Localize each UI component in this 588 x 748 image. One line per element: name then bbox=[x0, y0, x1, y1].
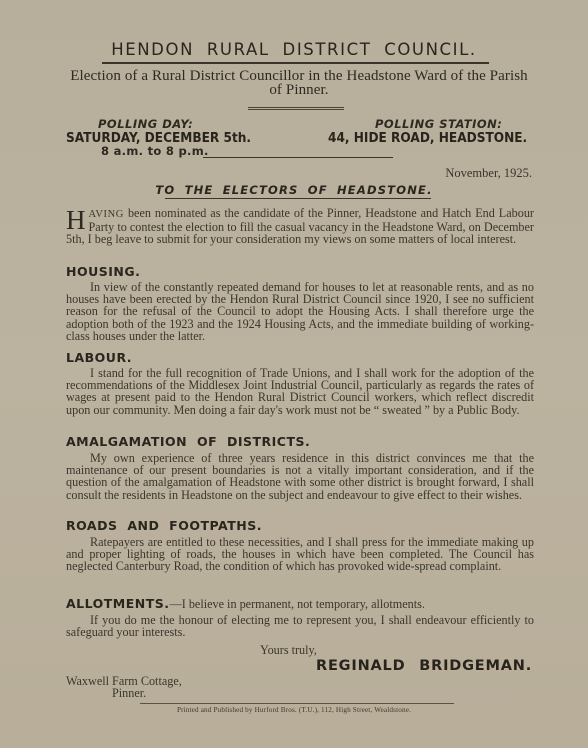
intro-paragraph: HAVING been nominated as the candidate o… bbox=[66, 207, 534, 246]
election-leaflet: HENDON RURAL DISTRICT COUNCIL. Election … bbox=[0, 0, 588, 748]
polling-hours: 8 a.m. to 8 p.m. bbox=[101, 144, 209, 158]
polling-day-label: POLLING DAY: bbox=[98, 117, 193, 131]
drop-cap: H bbox=[66, 209, 86, 231]
section-heading-allotments: ALLOTMENTS. bbox=[66, 596, 170, 611]
signoff: Yours truly, bbox=[260, 643, 317, 658]
closing-paragraph: If you do me the honour of electing me t… bbox=[66, 614, 534, 638]
divider-double-rule bbox=[248, 107, 344, 110]
section-body-amalgamation: My own experience of three years residen… bbox=[66, 452, 534, 501]
section-heading-labour: LABOUR. bbox=[66, 350, 132, 365]
council-title: HENDON RURAL DISTRICT COUNCIL. bbox=[0, 40, 588, 59]
polling-underline bbox=[203, 157, 393, 158]
intro-text: been nominated as the candidate of the P… bbox=[66, 206, 534, 246]
address-heading: TO THE ELECTORS OF HEADSTONE. bbox=[0, 183, 588, 197]
allotments-line: ALLOTMENTS.—I believe in permanent, not … bbox=[66, 595, 425, 613]
intro-lead-word: AVING bbox=[89, 209, 124, 220]
section-body-labour: I stand for the full recognition of Trad… bbox=[66, 367, 534, 416]
polling-station-value: 44, HIDE ROAD, HEADSTONE. bbox=[328, 130, 527, 146]
address-heading-underline bbox=[165, 198, 431, 199]
polling-station-label: POLLING STATION: bbox=[375, 117, 502, 131]
election-subtitle: Election of a Rural District Councillor … bbox=[64, 69, 534, 97]
allotments-text: —I believe in permanent, not temporary, … bbox=[170, 597, 425, 611]
section-heading-housing: HOUSING. bbox=[66, 264, 140, 279]
letter-date: November, 1925. bbox=[445, 166, 532, 181]
section-heading-amalgamation: AMALGAMATION OF DISTRICTS. bbox=[66, 434, 310, 449]
section-body-roads: Ratepayers are entitled to these necessi… bbox=[66, 536, 534, 573]
section-body-housing: In view of the constantly repeated deman… bbox=[66, 281, 534, 342]
section-heading-roads: ROADS AND FOOTPATHS. bbox=[66, 518, 262, 533]
footer-rule bbox=[140, 703, 454, 704]
printer-imprint: Printed and Published by Hurford Bros. (… bbox=[0, 706, 588, 714]
sender-address-line2: Pinner. bbox=[112, 686, 146, 701]
title-underline bbox=[102, 62, 489, 64]
candidate-signature: REGINALD BRIDGEMAN. bbox=[316, 658, 532, 674]
